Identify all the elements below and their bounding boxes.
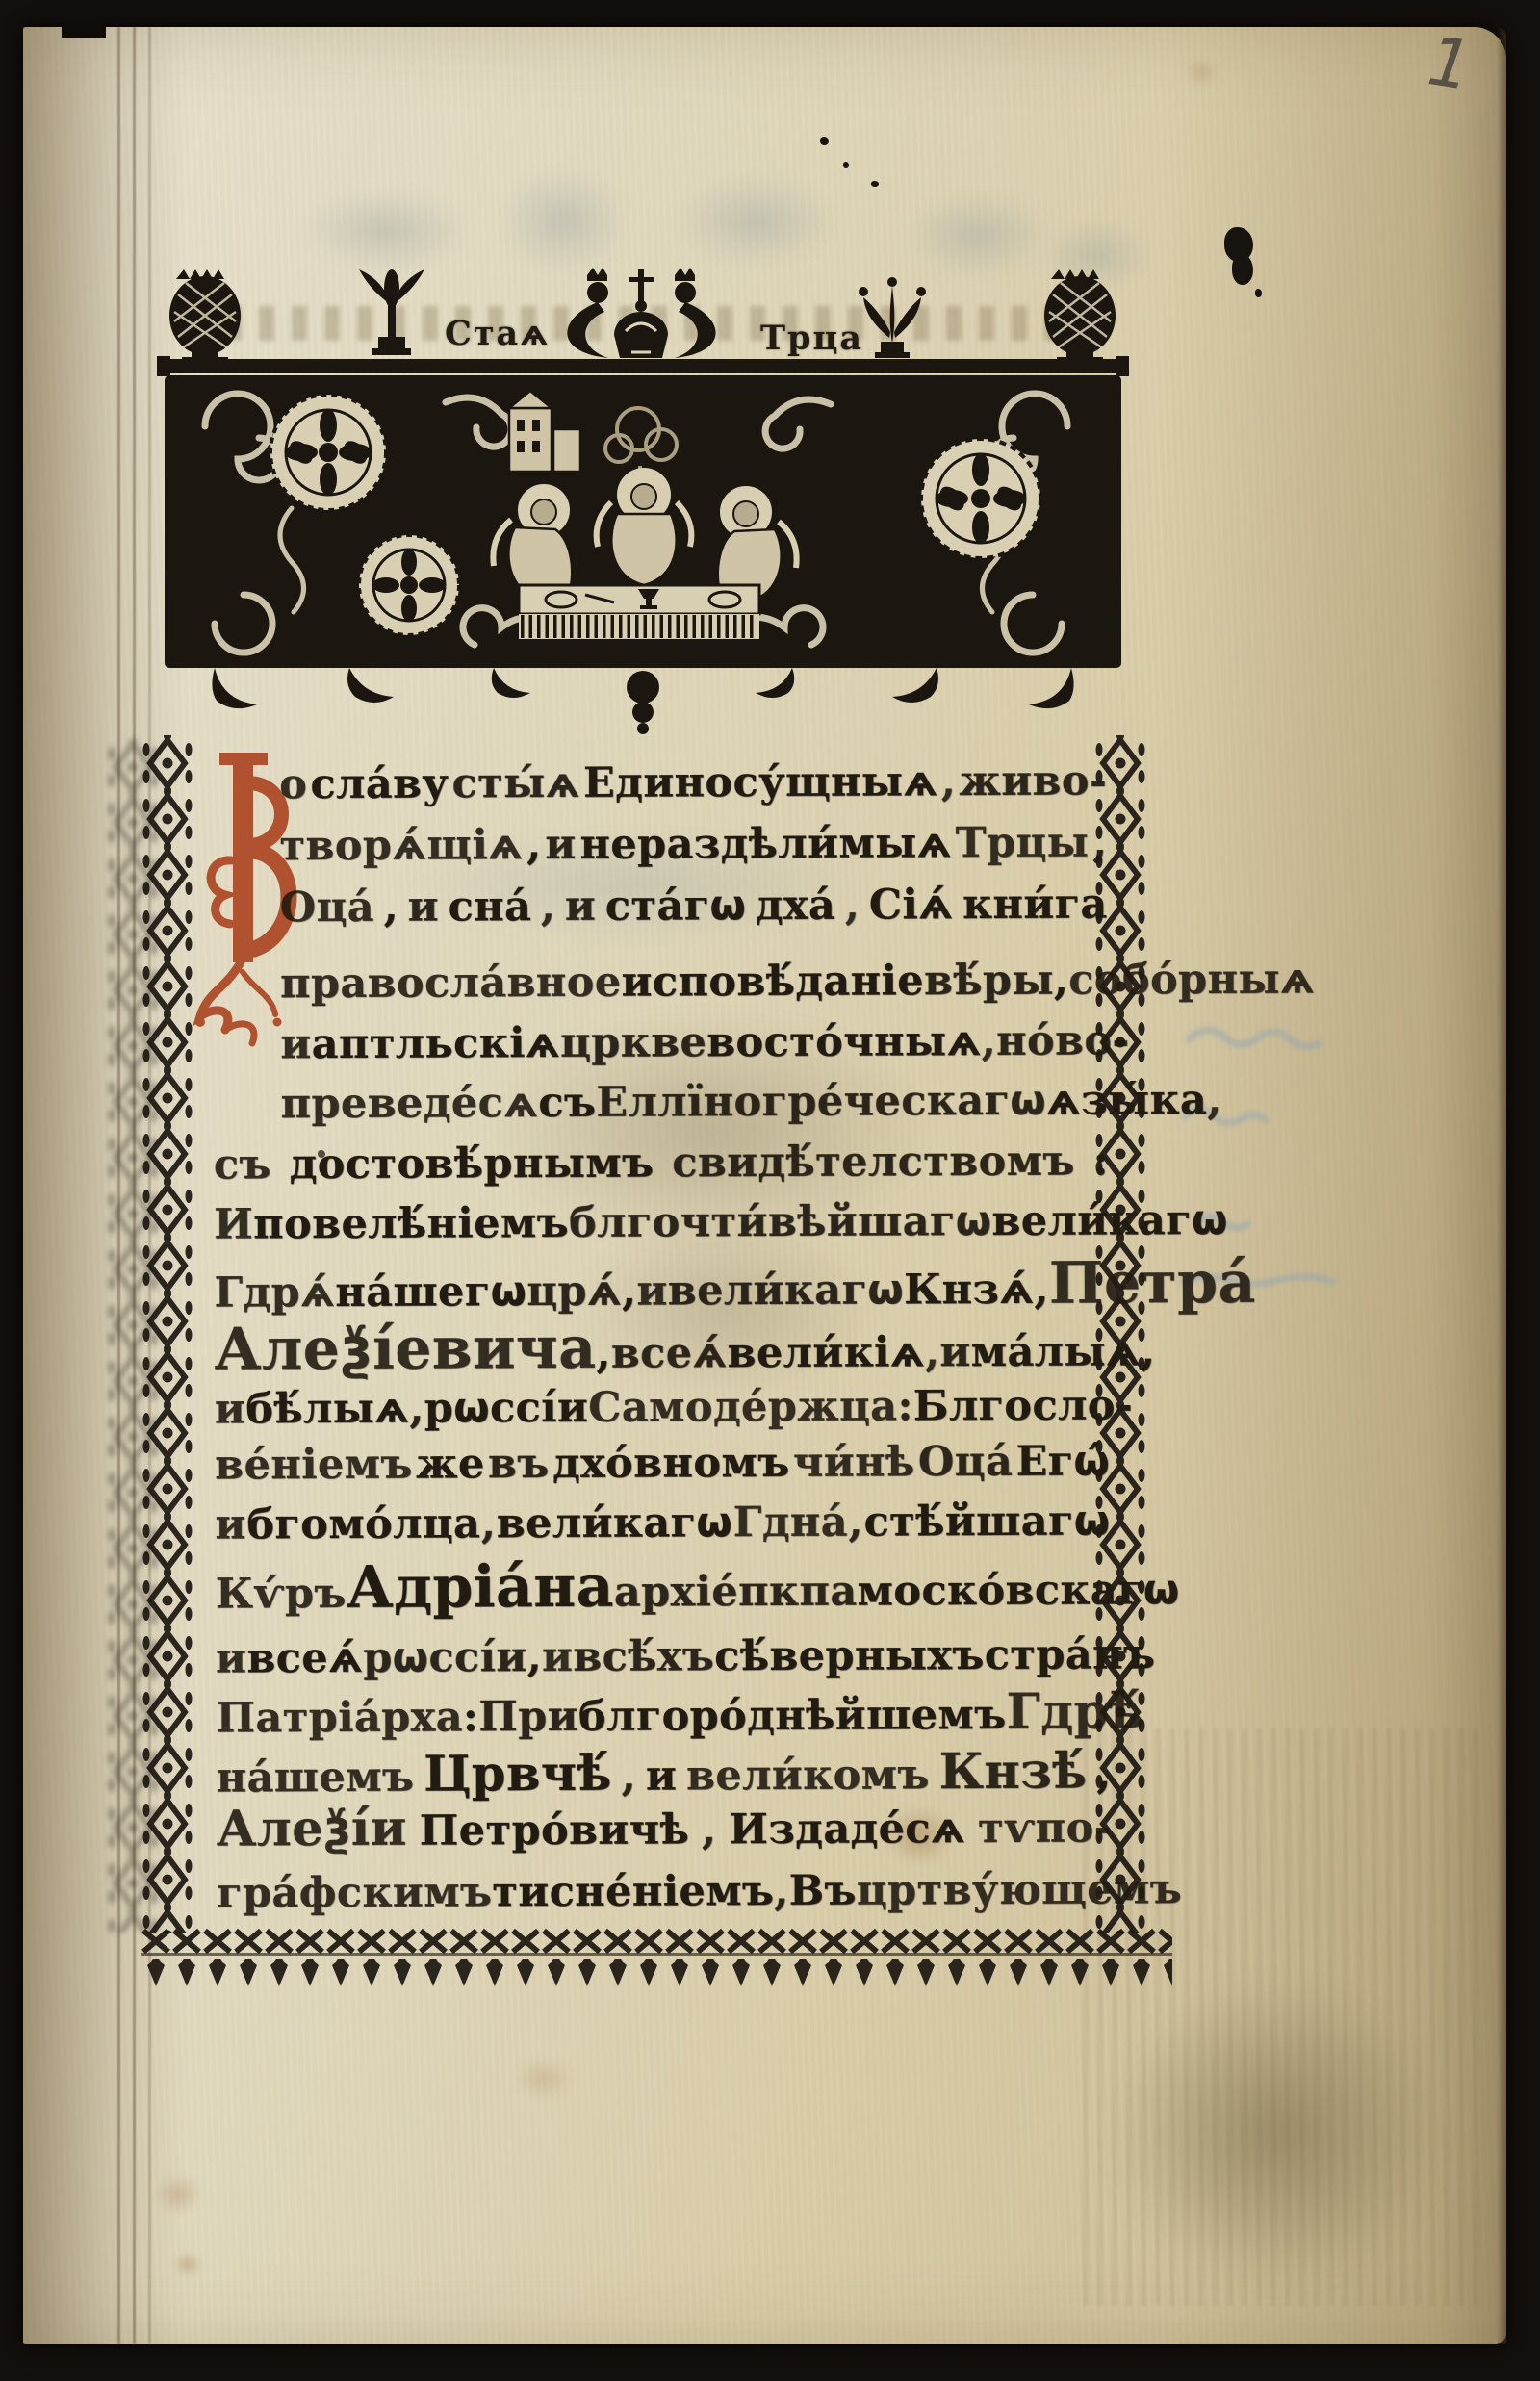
word: достовѣ́рнымъ — [290, 1139, 654, 1190]
word: Въ — [789, 1867, 857, 1915]
text-line: Кѵ́ръАдріа́наархіе́пкпамоско́вскагѡ — [216, 1550, 1111, 1622]
word: Оца́ — [918, 1438, 1014, 1486]
word: блгоро́днѣйшемъ — [578, 1691, 1007, 1741]
word: , — [481, 1499, 497, 1548]
word: съ — [538, 1079, 596, 1127]
word: сна́ — [448, 883, 531, 931]
word: Единосу́щныѧ — [583, 757, 938, 807]
word: и — [939, 1328, 971, 1376]
word: цртву́ющемъ — [857, 1865, 1182, 1914]
word: , — [1141, 1327, 1156, 1375]
word: Алеѯі́евича — [215, 1315, 597, 1384]
word: , — [526, 821, 542, 869]
word: Кнзѧ́ — [904, 1266, 1035, 1315]
text-line: осла́вусты́ѧЕдиносу́щныѧ,живо- — [279, 756, 1107, 808]
word: : — [463, 1693, 478, 1741]
word: Гдрѣ́ — [1006, 1682, 1143, 1741]
word: всѣ́хъ — [573, 1632, 714, 1681]
word: ма́лыѧ — [971, 1327, 1142, 1376]
word: , — [925, 1328, 940, 1376]
word: и — [280, 1020, 312, 1068]
word: , — [596, 1330, 611, 1378]
word: , — [1054, 957, 1069, 1005]
text-line: ибѣ́лыѧ,рѡссі́иСамоде́ржца:Блгосло- — [215, 1381, 1110, 1433]
word: Оца́ — [280, 883, 375, 932]
word: , — [848, 1498, 863, 1547]
text-line: Гдрѧ́на́шегѡцрѧ́,ивели́кагѡКнзѧ́,Петра́ — [214, 1249, 1109, 1320]
word: , — [702, 1805, 717, 1854]
word: тѵпо- — [978, 1804, 1112, 1853]
word: , — [622, 1753, 637, 1801]
word: Издаде́сѧ — [729, 1805, 965, 1854]
text-line: Алеѯі́иПетро́вичѣ,Издаде́сѧтѵпо- — [217, 1796, 1112, 1857]
word: восто́чныѧ — [706, 1017, 982, 1066]
word: бгомо́лца — [246, 1499, 480, 1549]
word: Алеѯі́и — [217, 1800, 407, 1858]
word: вели́кагѡ — [668, 1266, 905, 1315]
word: и — [636, 1267, 668, 1315]
word: , — [384, 883, 399, 932]
word: всеѧ́ — [246, 1634, 363, 1683]
word: и — [646, 1752, 678, 1800]
text-line: ибгомо́лца,вели́кагѡГдна́,стѣ́йшагѡ — [215, 1497, 1110, 1549]
word: Петра́ — [1049, 1249, 1256, 1318]
word: и — [215, 1385, 246, 1433]
word: ве́ніемъ — [215, 1441, 413, 1490]
word: Сіѧ́ — [869, 881, 954, 929]
word: Блгосло- — [913, 1381, 1134, 1430]
word: , — [1092, 818, 1108, 866]
word: Црвчѣ́ — [423, 1745, 612, 1804]
word: преведе́сѧ — [280, 1079, 538, 1128]
word: нераздѣли́мыѧ — [579, 819, 952, 869]
word: бѣ́лыѧ — [245, 1385, 409, 1434]
word: и — [565, 883, 597, 931]
word: архіе́пкпа — [614, 1568, 858, 1617]
text-line: иаптльскіѧцрквевосто́чныѧ,но́во- — [280, 1016, 1108, 1068]
word: Петро́вичѣ — [420, 1805, 690, 1855]
word: Адріа́на — [346, 1553, 614, 1622]
word: цркве — [560, 1018, 706, 1067]
word: сты́ѧ — [451, 759, 580, 808]
word: Егѡ́ — [1015, 1437, 1110, 1485]
word: вѣ́ры — [924, 957, 1054, 1006]
word: правосла́вное — [280, 959, 622, 1009]
word: Самоде́ржца — [588, 1382, 897, 1431]
word: ѧзы́ка — [1046, 1076, 1207, 1125]
text-line: ве́ніемъжевъдхо́вномъчи́нѣОца́Егѡ́ — [215, 1437, 1110, 1489]
word: , — [1096, 1750, 1112, 1798]
text-line: Оца́,исна́,иста́гѡдха́,Сіѧ́кни́га — [280, 880, 1108, 932]
word: чи́нѣ — [793, 1438, 915, 1487]
word: , — [409, 1385, 424, 1433]
word: вели́кагѡ — [497, 1498, 733, 1548]
word: стра́нъ — [985, 1630, 1156, 1679]
word: свидѣ́телствомъ — [672, 1138, 1075, 1188]
word: дха́ — [756, 882, 836, 930]
word: и — [545, 821, 577, 869]
word: сла́ву — [310, 759, 449, 808]
word: Патріа́рха — [216, 1693, 463, 1742]
word: Трцы — [956, 819, 1090, 868]
word: творѧ́щіѧ — [279, 821, 523, 870]
word: Кѵ́ръ — [216, 1570, 346, 1619]
text-line: Алеѯі́евича,всеѧ́вели́кіѧ,има́лыѧ, — [215, 1312, 1110, 1383]
word: : — [1092, 1137, 1108, 1185]
word: о — [279, 760, 307, 808]
word: на́шегѡ — [335, 1267, 526, 1317]
word: , — [774, 1867, 789, 1915]
word: и — [542, 1633, 574, 1681]
text-line: Иповелѣ́ніемъблгочти́вѣйшагѡвели́кагѡ — [214, 1196, 1109, 1248]
word: вели́кагѡ — [991, 1196, 1228, 1245]
scan-background: 1 — [0, 0, 1540, 2381]
text-line: съдостовѣ́рнымъсвидѣ́телствомъ: — [214, 1137, 1109, 1189]
word: Гдна́ — [733, 1498, 849, 1548]
word: : — [897, 1382, 912, 1430]
word: кни́га — [962, 880, 1108, 929]
word: , — [527, 1633, 543, 1681]
word: рѡссі́и — [424, 1384, 589, 1433]
text-line: гра́фскимътисне́ніемъ,Въцртву́ющемъ — [217, 1865, 1112, 1917]
word: съ — [214, 1140, 271, 1189]
word: При — [478, 1693, 578, 1741]
word: , — [1207, 1076, 1222, 1124]
word: блгочти́вѣйшагѡ — [569, 1197, 992, 1247]
word: всеѧ́ — [611, 1329, 728, 1378]
word: и — [216, 1634, 247, 1682]
word: Кнзѣ́ — [939, 1743, 1088, 1802]
word: вели́комъ — [686, 1751, 930, 1800]
word: , — [982, 1017, 997, 1065]
word: , — [1034, 1266, 1049, 1314]
word: , — [845, 882, 860, 930]
word: же — [416, 1440, 485, 1488]
word: аптльскіѧ — [312, 1019, 561, 1068]
word: црѧ́ — [526, 1267, 622, 1316]
word: исповѣ́даніе — [621, 957, 924, 1006]
word: сѣ́верныхъ — [714, 1631, 985, 1680]
word: повелѣ́ніемъ — [253, 1199, 569, 1248]
text-line: преведе́сѧсъЕллїногре́ческагѡѧзы́ка, — [280, 1076, 1108, 1128]
word: , — [622, 1267, 637, 1316]
text-line: правосла́вноеисповѣ́даніевѣ́ры,собо́рныѧ — [280, 956, 1108, 1008]
word: Еллїногре́ческагѡ — [596, 1077, 1046, 1127]
word: и — [408, 883, 440, 931]
text-block: осла́вусты́ѧЕдиносу́щныѧ,живо-творѧ́щіѧ,… — [0, 0, 1540, 2381]
word: Гдрѧ́ — [214, 1268, 335, 1318]
word: , — [541, 883, 556, 931]
word: живо- — [959, 756, 1107, 806]
word: гра́фскимъ — [217, 1868, 492, 1917]
word: и — [215, 1500, 246, 1549]
word: тисне́ніемъ — [492, 1867, 774, 1916]
word: на́шемъ — [217, 1754, 415, 1803]
word: И — [214, 1200, 253, 1248]
word: , — [941, 757, 957, 806]
word: дхо́вномъ — [552, 1439, 790, 1488]
text-line: творѧ́щіѧ,инераздѣли́мыѧТрцы, — [279, 818, 1107, 870]
word: въ — [488, 1440, 550, 1488]
word: стѣ́йшагѡ — [863, 1497, 1110, 1546]
word: вели́кіѧ — [728, 1328, 926, 1377]
word: ста́гѡ — [605, 882, 747, 931]
text-line: ивсеѧ́рѡссі́и,ивсѣ́хъсѣ́верныхъстра́нъ — [216, 1630, 1111, 1682]
text-line: Патріа́рха:Приблгоро́днѣйшемъГдрѣ́ — [216, 1682, 1111, 1744]
word: моско́вскагѡ — [857, 1566, 1179, 1615]
word: но́во- — [996, 1016, 1130, 1065]
word: собо́рныѧ — [1068, 956, 1315, 1005]
word: рѡссі́и — [363, 1633, 527, 1682]
text-line: на́шемъЦрвчѣ́,ивели́комъКнзѣ́, — [217, 1742, 1112, 1804]
